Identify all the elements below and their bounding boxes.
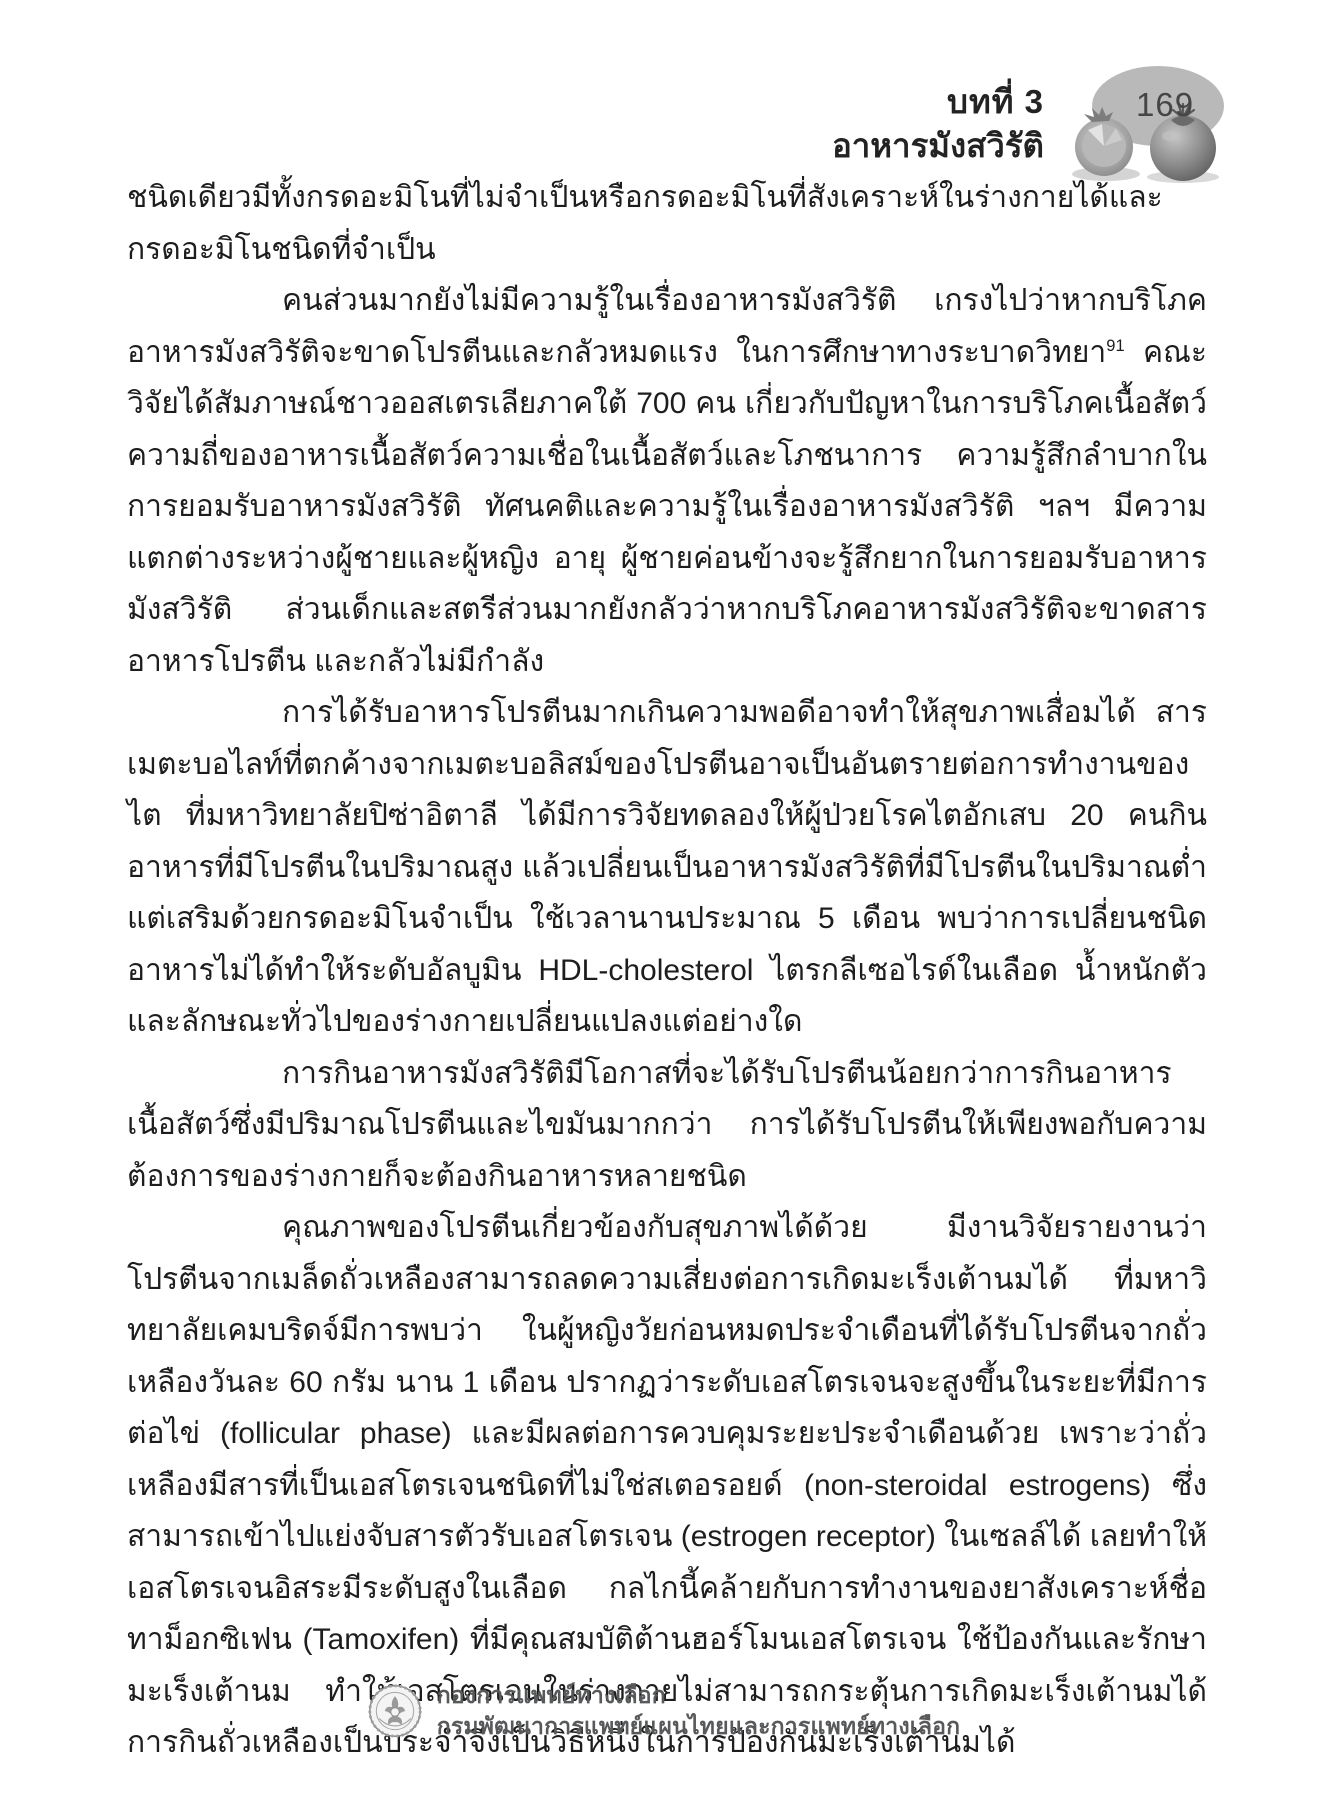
page-number: 169 — [1136, 86, 1194, 124]
body-text: ชนิดเดียวมีทั้งกรดอะมิโนที่ไม่จำเป็นหรือ… — [127, 172, 1207, 1769]
chapter-label: บทที่ 3 — [832, 80, 1044, 124]
page-footer: กองการแพทย์ทางเลือก กรมพัฒนาการแพทย์แผนไ… — [0, 1680, 1327, 1742]
chapter-title: อาหารมังสวิรัติ — [832, 124, 1044, 168]
footer-organization: กองการแพทย์ทางเลือก กรมพัฒนาการแพทย์แผนไ… — [437, 1680, 961, 1742]
page-header: บทที่ 3 อาหารมังสวิรัติ — [832, 62, 1232, 184]
tomato-illustration: 169 — [1062, 62, 1232, 184]
paragraph: ชนิดเดียวมีทั้งกรดอะมิโนที่ไม่จำเป็นหรือ… — [127, 172, 1207, 275]
department-seal-logo — [367, 1683, 423, 1739]
paragraph: คนส่วนมากยังไม่มีความรู้ในเรื่องอาหารมัง… — [127, 275, 1207, 687]
document-page: บทที่ 3 อาหารมังสวิรัติ — [0, 0, 1327, 1800]
footer-org-line1: กองการแพทย์ทางเลือก — [437, 1680, 961, 1711]
chapter-heading: บทที่ 3 อาหารมังสวิรัติ — [832, 62, 1044, 167]
paragraph: การกินอาหารมังสวิรัติมีโอกาสที่จะได้รับโ… — [127, 1048, 1207, 1203]
paragraph: การได้รับอาหารโปรตีนมากเกินความพอดีอาจทำ… — [127, 687, 1207, 1048]
footnote-reference: 91 — [1106, 337, 1124, 355]
footer-org-line2: กรมพัฒนาการแพทย์แผนไทยและการแพทย์ทางเลือ… — [437, 1711, 961, 1742]
